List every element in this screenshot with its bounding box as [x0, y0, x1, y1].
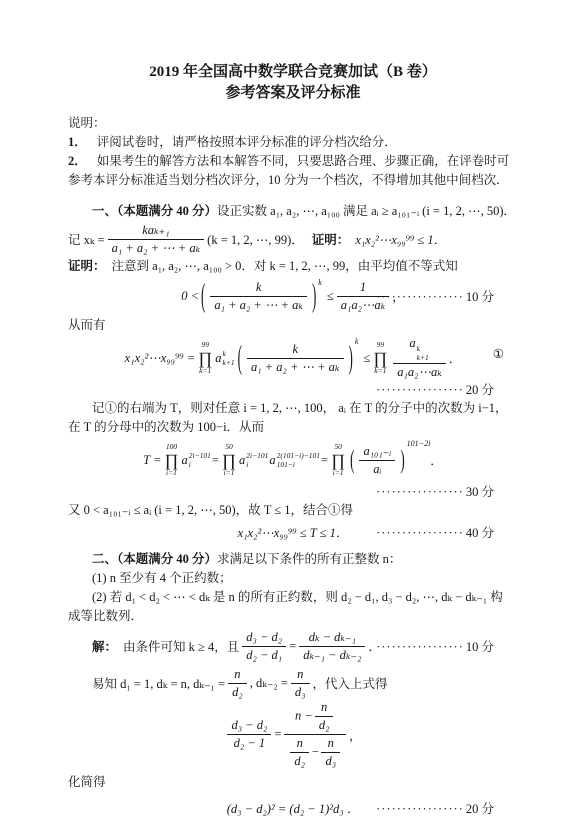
- solution-line: 解： 由条件可知 k ≥ 4，且 d₃ − d₂d₂ − d₁ = dₖ − d…: [68, 626, 518, 666]
- right-paren: ): [312, 276, 316, 316]
- f5-equals: =: [289, 639, 296, 654]
- f2-lhs: x₁x₂²⋯x₉₉⁹⁹ =: [125, 350, 196, 366]
- f3-a2-sup: 2i−101: [246, 451, 268, 460]
- product-symbol: 50∏i=1: [331, 443, 345, 477]
- product-symbol: 99∏k=1: [198, 341, 212, 375]
- f3-a1-term: a2i−101i: [181, 451, 211, 470]
- known-tail: ，代入上式得: [313, 674, 388, 692]
- f3-tail: ．: [430, 451, 443, 469]
- score-20-label-p2: 20 分: [466, 802, 494, 816]
- f3-a1-sub: i: [189, 460, 211, 469]
- score-20-line: ·················20 分: [68, 381, 518, 399]
- f1-exponent: k: [318, 278, 322, 287]
- f3-a1-sup: 2i−101: [189, 451, 211, 460]
- product-symbol: 50∏i=1: [222, 443, 236, 477]
- equation-tag-1: ①: [493, 346, 504, 362]
- right-paren: ): [400, 444, 404, 476]
- product-glyph: ∏: [331, 452, 345, 469]
- f2-fraction-2: akk+1a₁a₂⋯aₖ: [393, 336, 446, 381]
- prove-claim: x₁x₂²⋯x₉₉⁹⁹ ≤ 1．: [355, 230, 446, 248]
- prove-word: 证明：: [312, 230, 350, 248]
- f7-right-den: nd₂−nd₃: [284, 735, 346, 769]
- left-paren: (: [350, 444, 354, 476]
- score-30-line: ·················30 分: [68, 483, 518, 501]
- f1-fraction: ka₁ + a₂ + ⋯ + aₖ: [210, 280, 307, 313]
- fraction-xk-denominator: a₁ + a₂ + ⋯ + aₖ: [108, 240, 205, 256]
- f3-a3-sup: 2(101−i)−101: [277, 451, 320, 460]
- f7-rden-minus: −: [311, 744, 319, 758]
- problem-1-statement: 设正实数 a₁, a₂, ⋯, a₁₀₀ 满足 aᵢ ≥ a₁₀₁₋ᵢ (i =…: [217, 204, 516, 218]
- score-10-label-p2: 10 分: [466, 640, 494, 654]
- f7-rden2-num: n: [321, 736, 340, 753]
- left-paren: (: [201, 276, 205, 316]
- f2-tail: ．: [449, 349, 462, 367]
- dot-leader: ·················: [376, 383, 464, 397]
- note-1: 1．评阅试卷时，请严格按照本评分标准的评分档次给分．: [68, 133, 518, 152]
- notes-heading: 说明：: [68, 114, 518, 133]
- fraction-n-d2-num: n: [228, 667, 247, 684]
- dot-leader: ·················: [376, 526, 464, 540]
- f7-rnum-inner-den: d₂: [315, 717, 334, 733]
- score-10-label: 10 分: [466, 290, 494, 304]
- f3-a3-term: a2(101−i)−101101−i: [269, 451, 321, 470]
- proof-text: 注意到 a₁, a₂, ⋯, a₁₀₀ > 0．对 k = 1, 2, ⋯, 9…: [112, 259, 458, 273]
- note-1-number: 1．: [68, 135, 87, 149]
- product-glyph: ∏: [164, 452, 178, 469]
- f3-lhs: T =: [143, 453, 161, 468]
- f8-formula: (d₃ − d₂)² = (d₂ − 1)²d₃ ．: [227, 799, 359, 817]
- fraction-n-d3-num: n: [291, 667, 310, 684]
- f1-lead: 0 <: [181, 289, 199, 304]
- f7-rden1-den: d₂: [290, 753, 309, 769]
- f5-left-num: d₃ − d₂: [242, 630, 286, 647]
- f3-eq2: =: [321, 453, 328, 468]
- note-2-text: 如果考生的解答方法和本解答不同，只要思路合理、步骤正确，在评卷时可: [97, 154, 510, 168]
- f3-a2-sub: i: [246, 460, 268, 469]
- score-40-label: 40 分: [466, 526, 494, 540]
- note-1-text: 评阅试卷时，请严格按照本评分标准的评分档次给分．: [97, 135, 397, 149]
- f2-fraction2-num: akk+1: [393, 336, 446, 365]
- fraction-n-d2-den: d₂: [228, 684, 247, 700]
- follow-text: 从而有: [68, 316, 518, 335]
- formula-nested-fractions: d₃ − d₂d₂ − 1 = n −nd₂ nd₂−nd₃ ，: [68, 700, 518, 769]
- f3-fraction: a₁₀₁₋ᵢaᵢ: [359, 444, 395, 477]
- dot-leader: ·················: [376, 485, 464, 499]
- f7-rnum-pre: n −: [295, 708, 313, 722]
- product-lower: i=1: [333, 469, 344, 477]
- f5-right-num: dₖ − dₖ₋₁: [299, 630, 365, 647]
- product-lower: k=1: [199, 367, 211, 375]
- dot-leader: ·················: [376, 290, 464, 304]
- f2-fraction-num: k: [247, 342, 344, 359]
- known-values-line: 易知 d₁ = 1, dₖ = n, dₖ₋₁ = nd₂ , dₖ₋₂ = n…: [68, 666, 518, 700]
- product-glyph: ∏: [198, 350, 212, 367]
- known-prefix: 易知 d₁ = 1, dₖ = n, dₖ₋₁ =: [92, 674, 225, 692]
- f2-a-term: akk+1: [215, 349, 235, 368]
- score-10-line: ·················10 分: [376, 287, 494, 305]
- f3-fraction-num: a₁₀₁₋ᵢ: [359, 444, 395, 461]
- left-paren: (: [238, 338, 242, 378]
- dot-leader: ·················: [376, 640, 464, 654]
- f3-eq1: =: [212, 453, 219, 468]
- f7-rden-fraction-2: nd₃: [321, 736, 340, 769]
- f7-left-den: d₂ − 1: [227, 735, 271, 751]
- f7-tail: ，: [349, 726, 362, 744]
- fraction-n-d3: nd₃: [291, 667, 310, 700]
- f5-right-den: dₖ₋₁ − dₖ₋₂: [299, 647, 365, 663]
- f5-left-den: d₂ − d₁: [242, 647, 286, 663]
- known-middle: , dₖ₋₂ =: [250, 675, 288, 691]
- problem-2-heading: 二、（本题满分 40 分）求满足以下条件的所有正整数 n：: [68, 550, 518, 569]
- doc-title-line1: 2019 年全国高中数学联合竞赛加试（B 卷）: [68, 62, 518, 83]
- f7-left-num: d₃ − d₂: [227, 718, 271, 735]
- dot-leader: ·················: [376, 802, 464, 816]
- def-range: (k = 1, 2, ⋯, 99)．: [207, 230, 304, 248]
- f1-relation: ≤: [327, 289, 334, 304]
- product-symbol: 100∏i=1: [164, 443, 178, 477]
- score-40-line: ·················40 分: [376, 523, 494, 541]
- condition-2: (2) 若 d₁ < d₂ < ⋯ < dₖ 是 n 的所有正约数，则 d₂ −…: [68, 588, 518, 607]
- formula-final-p2: (d₃ − d₂)² = (d₂ − 1)²d₃ ． ·············…: [68, 796, 518, 820]
- proof-label: 证明：: [68, 259, 106, 273]
- note-2-continued: 参考本评分标准适当划分档次评分，10 分为一个档次，不得增加其他中间档次．: [68, 171, 518, 190]
- paragraph-T-definition-cont: 在 T 的分母中的次数为 100−i．从而: [68, 418, 518, 437]
- f7-rden-fraction-1: nd₂: [290, 736, 309, 769]
- f2-a-base: a: [215, 351, 221, 366]
- f2-fr2-a-supsub: kk+1: [417, 344, 429, 363]
- fraction-n-d2: nd₂: [228, 667, 247, 700]
- problem-1-score-label: 一、（本题满分 40 分）: [92, 204, 217, 218]
- fraction-xk: kaₖ₊₁a₁ + a₂ + ⋯ + aₖ: [108, 223, 205, 256]
- product-symbol: 99∏k=1: [373, 341, 387, 375]
- f3-a3-sub: 101−i: [277, 460, 320, 469]
- f3-a3-supsub: 2(101−i)−101101−i: [277, 451, 320, 470]
- f3-exponent: 101−2i: [407, 439, 431, 448]
- paragraph-T-definition: 记①的右端为 T，则对任意 i = 1, 2, ⋯, 100， aᵢ 在 T 的…: [68, 399, 518, 418]
- product-glyph: ∏: [373, 350, 387, 367]
- score-20-label: 20 分: [466, 383, 494, 397]
- f7-right-num: n −nd₂: [284, 700, 346, 735]
- f2-fr2-a-base: a: [409, 336, 415, 350]
- f2-fraction: ka₁ + a₂ + ⋯ + aₖ: [247, 342, 344, 375]
- f3-a1-supsub: 2i−101i: [189, 451, 211, 470]
- formula-final-p1: x₁x₂²⋯x₉₉⁹⁹ ≤ T ≤ 1． ·················40…: [68, 520, 518, 544]
- score-30-label: 30 分: [466, 485, 494, 499]
- f2-fraction2-den: a₁a₂⋯aₖ: [393, 364, 446, 380]
- f3-a2-term: a2i−101i: [239, 451, 269, 470]
- f2-a-sup: k: [222, 349, 234, 358]
- formula-product-inequality: x₁x₂²⋯x₉₉⁹⁹ = 99∏k=1 akk+1 ( ka₁ + a₂ + …: [68, 335, 518, 381]
- f7-left-fraction: d₃ − d₂d₂ − 1: [227, 718, 271, 751]
- problem-2-statement: 求满足以下条件的所有正整数 n：: [217, 552, 401, 566]
- score-20-line-p2: ·················20 分: [376, 799, 494, 817]
- f7-rnum-inner-num: n: [315, 700, 334, 717]
- f3-a2-base: a: [239, 453, 245, 468]
- answer-key-page: 2019 年全国高中数学联合竞赛加试（B 卷） 参考答案及评分标准 说明： 1．…: [0, 0, 580, 820]
- proof-opening: 证明：注意到 a₁, a₂, ⋯, a₁₀₀ > 0．对 k = 1, 2, ⋯…: [68, 257, 518, 276]
- f2-a-supsub: kk+1: [222, 349, 234, 368]
- f7-rnum-inner-fraction: nd₂: [315, 700, 334, 733]
- f7-right-fraction: n −nd₂ nd₂−nd₃: [284, 700, 346, 769]
- f2-fr2-a-sup: k: [417, 344, 429, 353]
- right-paren: ): [349, 338, 353, 378]
- f5-fraction-right: dₖ − dₖ₋₁dₖ₋₁ − dₖ₋₂: [299, 630, 365, 663]
- condition-1: (1) n 至少有 4 个正约数；: [68, 569, 518, 588]
- product-lower: i=1: [223, 469, 234, 477]
- formula-T-product: T = 100∏i=1 a2i−101i = 50∏i=1 a2i−101i a…: [68, 437, 518, 483]
- formula-am-gm: 0 < ( ka₁ + a₂ + ⋯ + aₖ ) k ≤ 1a₁a₂⋯aₖ ，…: [68, 276, 518, 316]
- def-prefix: 记 xₖ =: [68, 230, 105, 248]
- f3-a2-supsub: 2i−101i: [246, 451, 268, 470]
- fraction-n-d3-den: d₃: [291, 684, 310, 700]
- f5-fraction-left: d₃ − d₂d₂ − d₁: [242, 630, 286, 663]
- f2-fraction-den: a₁ + a₂ + ⋯ + aₖ: [247, 359, 344, 375]
- paragraph-conclusion: 又 0 < a₁₀₁₋ᵢ ≤ aᵢ (i = 1, 2, ⋯, 50)，故 T …: [68, 501, 518, 520]
- f2-exponent: k: [355, 337, 359, 346]
- simplify-text: 化简得: [68, 773, 518, 792]
- problem-1-heading: 一、（本题满分 40 分）设正实数 a₁, a₂, ⋯, a₁₀₀ 满足 aᵢ …: [68, 202, 518, 221]
- problem-2-score-label: 二、（本题满分 40 分）: [92, 552, 217, 566]
- f3-a3-base: a: [269, 453, 275, 468]
- product-glyph: ∏: [222, 452, 236, 469]
- f2-relation: ≤: [363, 351, 370, 366]
- doc-title-line2: 参考答案及评分标准: [68, 83, 518, 104]
- score-10-line-p2: ·················10 分: [376, 637, 494, 655]
- note-2-number: 2．: [68, 154, 87, 168]
- condition-2-cont: 成等比数列．: [68, 607, 518, 626]
- solution-label: 解：: [92, 637, 117, 655]
- note-2: 2．如果考生的解答方法和本解答不同，只要思路合理、步骤正确，在评卷时可: [68, 152, 518, 171]
- f4-formula: x₁x₂²⋯x₉₉⁹⁹ ≤ T ≤ 1．: [238, 523, 349, 541]
- f3-fraction-den: aᵢ: [359, 461, 395, 477]
- problem-1-definition-line: 记 xₖ = kaₖ₊₁a₁ + a₂ + ⋯ + aₖ (k = 1, 2, …: [68, 221, 518, 257]
- f1-fraction-den: a₁ + a₂ + ⋯ + aₖ: [210, 297, 307, 313]
- solution-text: 由条件可知 k ≥ 4，且: [123, 637, 239, 655]
- product-lower: i=1: [166, 469, 177, 477]
- f2-a-sub: k+1: [222, 358, 234, 367]
- f7-equals: =: [274, 727, 281, 742]
- fraction-xk-numerator: kaₖ₊₁: [108, 223, 205, 240]
- f7-rden1-num: n: [290, 736, 309, 753]
- f2-fr2-a-sub: k+1: [417, 353, 429, 362]
- f3-a1-base: a: [181, 453, 187, 468]
- product-lower: k=1: [374, 367, 386, 375]
- f1-fraction-num: k: [210, 280, 307, 297]
- f7-rden2-den: d₃: [321, 753, 340, 769]
